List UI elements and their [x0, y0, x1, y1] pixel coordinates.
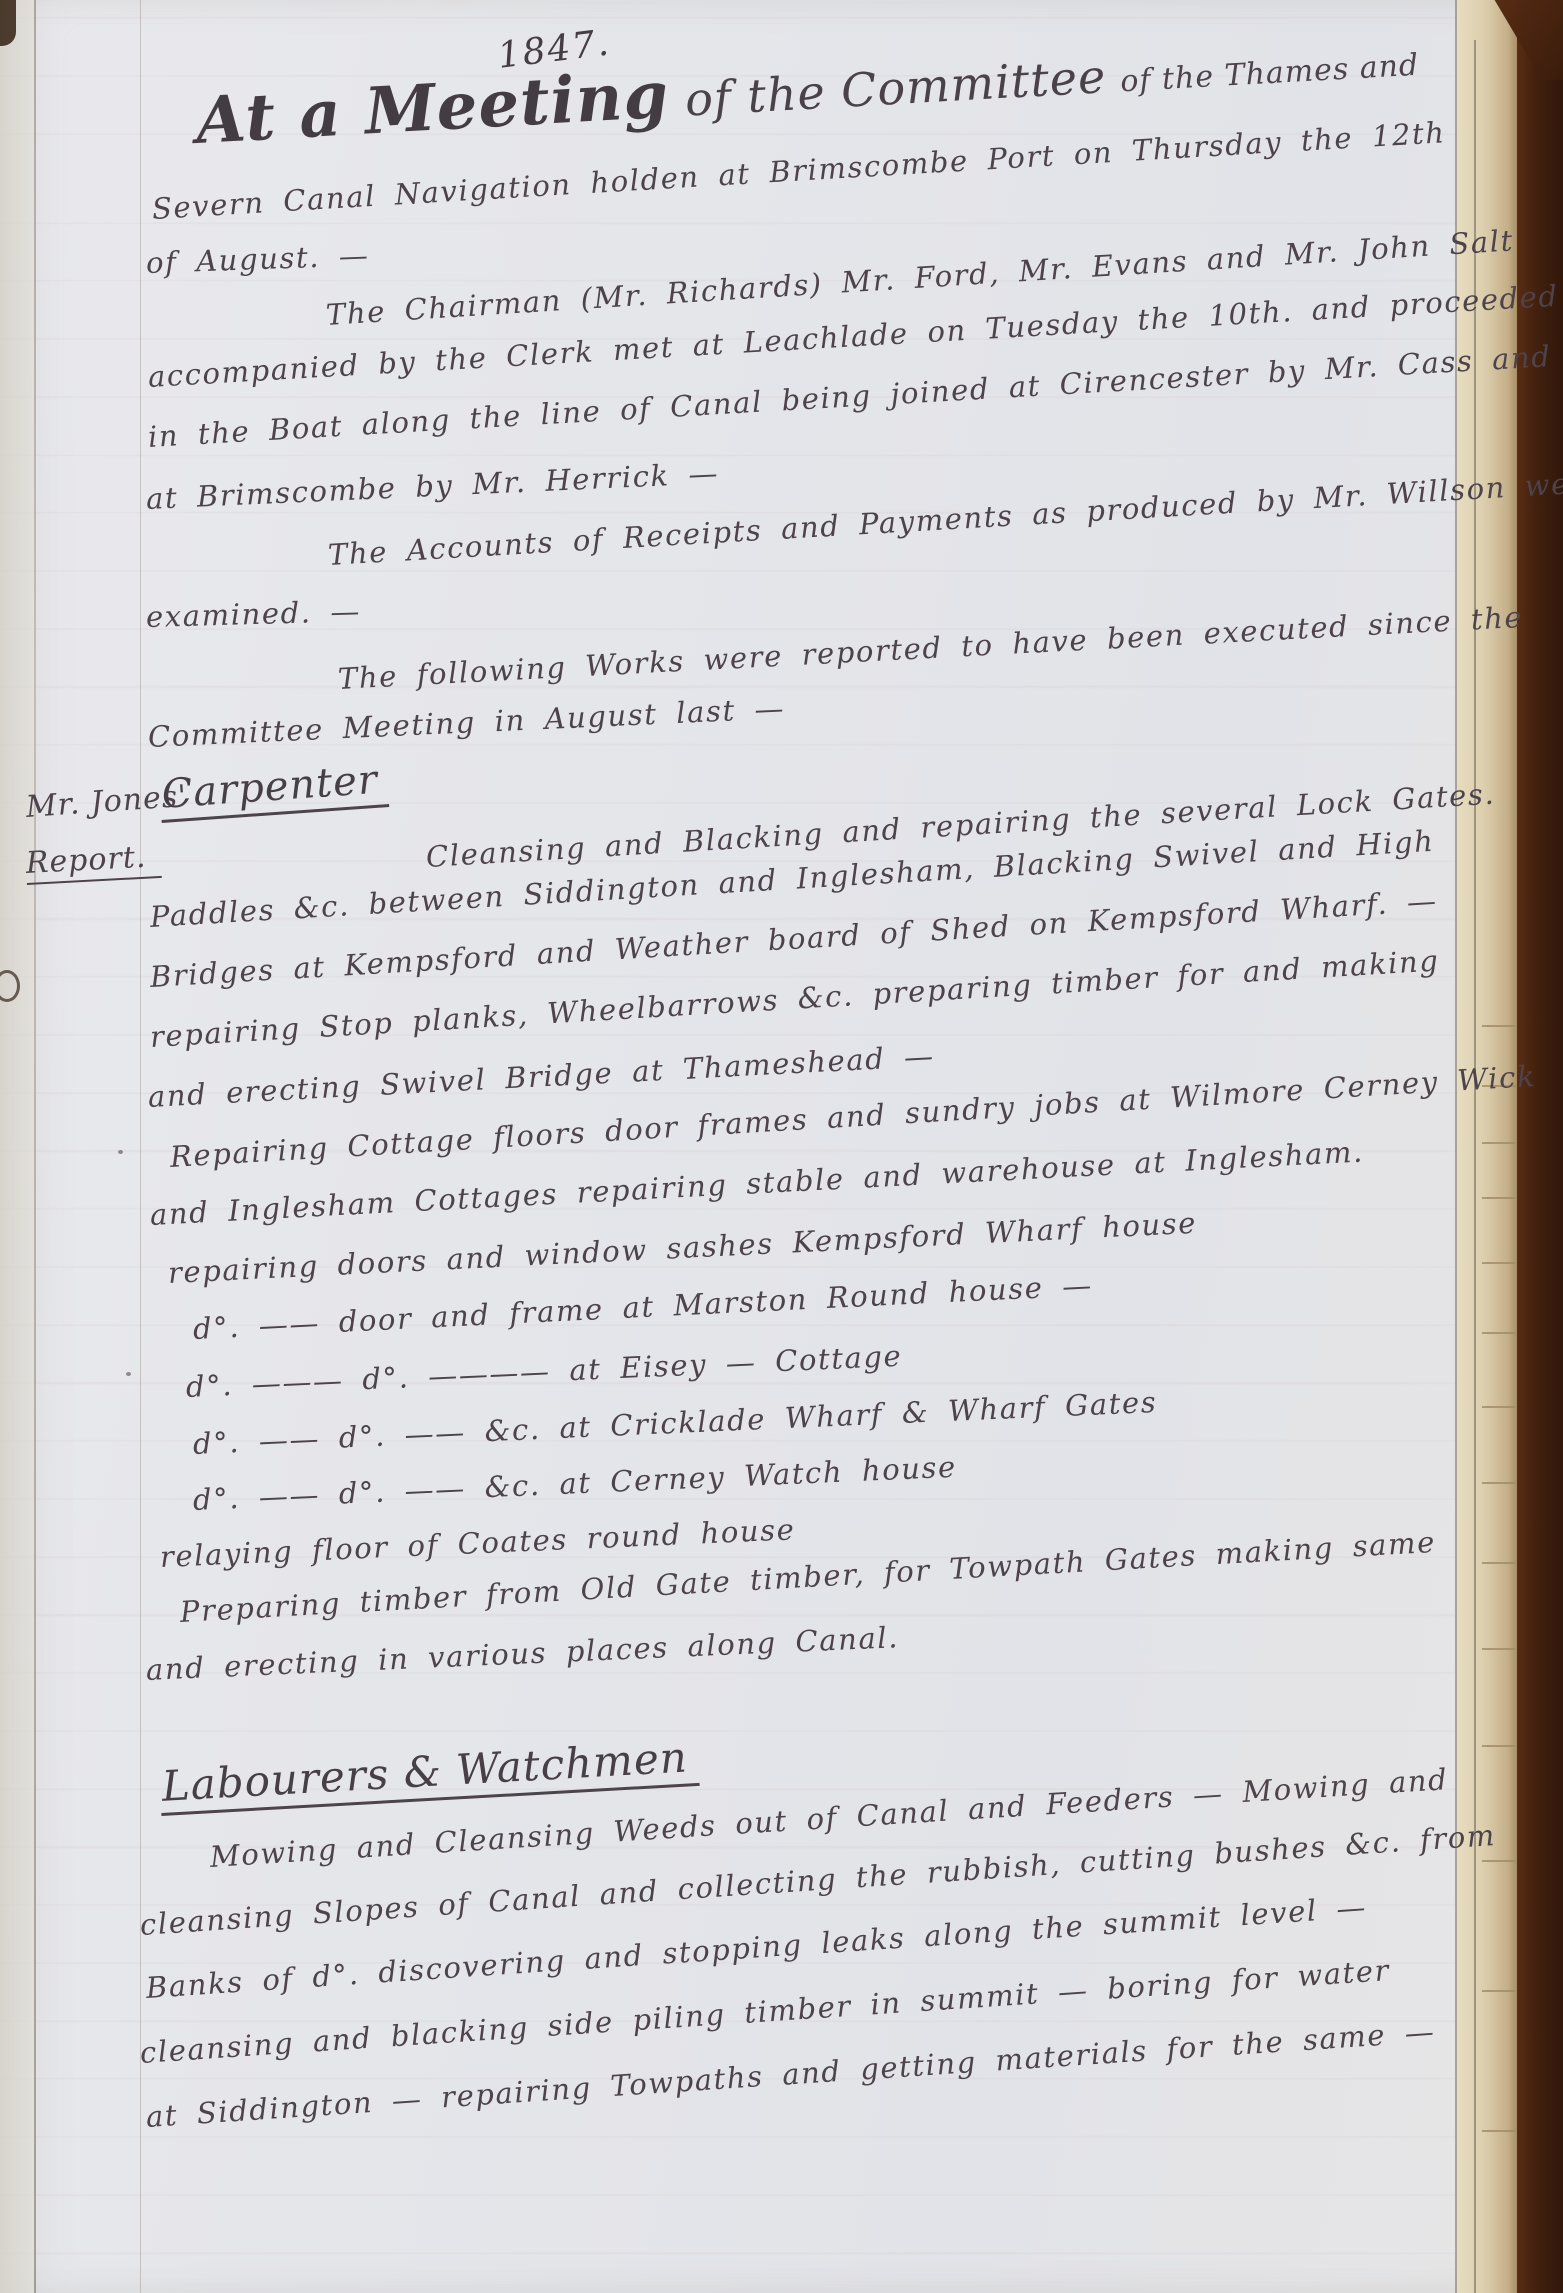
page-edge-tick	[1482, 1262, 1516, 1264]
page-edge-tick	[1482, 1482, 1516, 1484]
corner-stain	[0, 0, 16, 46]
page-edge-tick	[1482, 1406, 1516, 1408]
page-edge-tick	[1482, 1860, 1516, 1862]
margin-rule-line	[140, 0, 141, 2293]
page-edge-tick	[1482, 1990, 1516, 1992]
page-edge-tick	[1482, 1025, 1516, 1027]
margin-note-line2: Report.	[25, 839, 161, 885]
page-crease-line	[34, 0, 36, 2293]
page-edge-tick	[1482, 1197, 1516, 1199]
page-left-margin-tint	[0, 0, 34, 2293]
title-tail: of the Thames and	[1119, 48, 1420, 100]
page-edge-tick	[1482, 1648, 1516, 1650]
manuscript-scan: 1847. At a Meetingof the Committeeof the…	[0, 0, 1563, 2293]
stray-pen-dot	[118, 1150, 123, 1154]
manuscript-line: examined. —	[146, 594, 362, 634]
page-edge-tick	[1482, 1142, 1516, 1144]
page-edge-tick	[1482, 1745, 1516, 1747]
stray-pen-dot	[126, 1372, 131, 1376]
page-edge-tick	[1482, 1562, 1516, 1564]
page-edge-tick	[1482, 1332, 1516, 1334]
page-edge-tick	[1482, 2130, 1516, 2132]
page-edge-inner-rule	[1474, 40, 1476, 2293]
